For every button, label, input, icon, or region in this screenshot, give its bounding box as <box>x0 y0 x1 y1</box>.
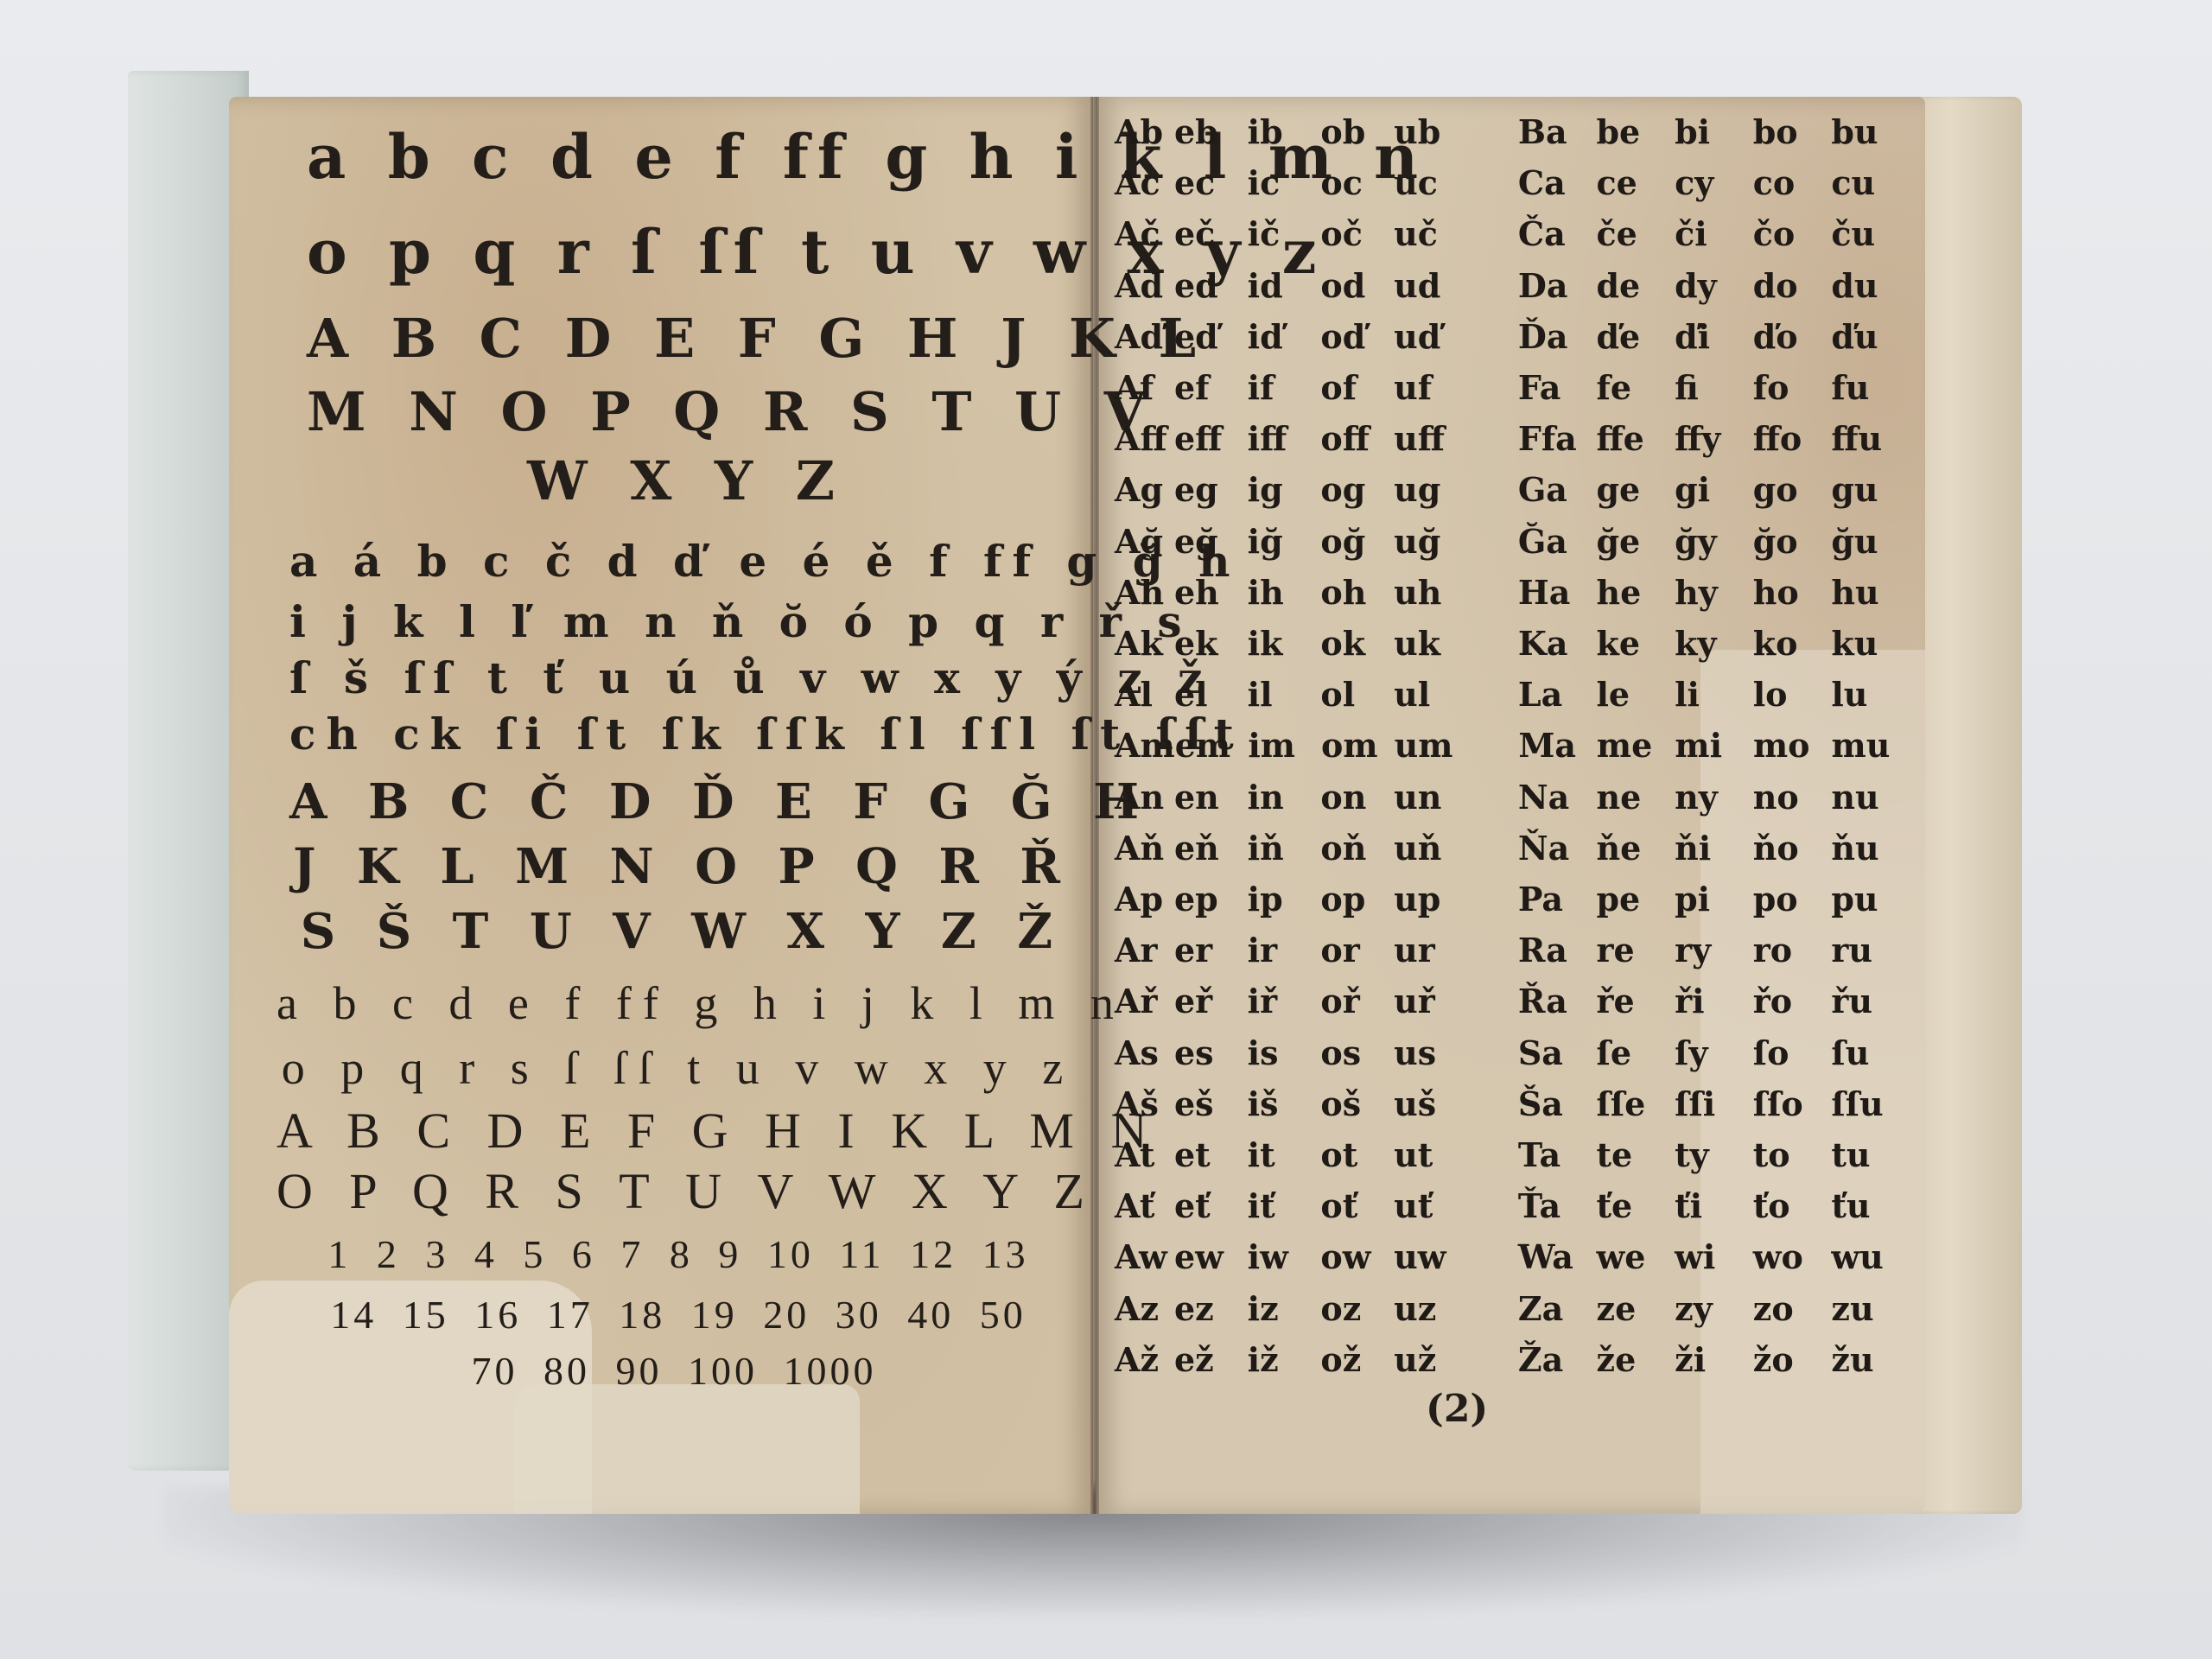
syllable-row: AneninonunNanenynonu <box>1115 778 1910 824</box>
syllable-left: ec <box>1174 163 1248 210</box>
syllable-left: ig <box>1248 470 1321 517</box>
syllable-right: te <box>1596 1135 1675 1182</box>
syllable-left: uw <box>1394 1237 1467 1284</box>
syllable-left: uš <box>1394 1084 1467 1131</box>
syllable-right: ky <box>1675 624 1753 671</box>
syllable-left: Ať <box>1115 1186 1174 1233</box>
accented-lowercase-line-2: i j k l ľ m n ň ŏ ó p q r ř s <box>289 596 1076 647</box>
syllable-right: no <box>1753 778 1832 824</box>
syllable-left: il <box>1248 675 1321 721</box>
syllable-left: uf <box>1394 368 1467 415</box>
syllable-left: el <box>1174 675 1248 721</box>
syllable-left: ob <box>1320 112 1394 159</box>
syllable-left: uk <box>1394 624 1467 671</box>
numerals-line-3: 70 80 90 100 1000 <box>363 1348 985 1394</box>
column-gap <box>1467 1289 1518 1336</box>
syllable-right: de <box>1596 266 1675 313</box>
syllable-right: li <box>1675 675 1753 721</box>
syllable-row: AďeďiďoďuďĎaďeďiďoďu <box>1115 317 1910 364</box>
syllable-row: AffeffiffoffuffFfaffeffyffoffu <box>1115 419 1910 466</box>
syllable-left: ul <box>1394 675 1467 721</box>
syllable-left: Aď <box>1115 317 1174 364</box>
syllable-left: Ak <box>1115 624 1174 671</box>
syllable-right: Ra <box>1518 931 1597 977</box>
syllable-left: Ač <box>1115 214 1174 261</box>
syllable-right: bi <box>1675 112 1753 159</box>
syllable-right: hu <box>1831 573 1910 620</box>
syllable-right: ffe <box>1596 419 1675 466</box>
syllable-left: Al <box>1115 675 1174 721</box>
syllable-left: um <box>1395 726 1468 772</box>
syllable-right: ſy <box>1675 1033 1753 1080</box>
syllable-right: Na <box>1518 778 1597 824</box>
fraktur-lowercase-line-1: a b c d e f ff g h i k l m n <box>307 121 1067 193</box>
syllable-right: ſſe <box>1596 1084 1675 1131</box>
syllable-left: Aš <box>1115 1084 1174 1131</box>
column-gap <box>1467 1084 1518 1131</box>
syllable-row: AčečičočučČačečičoču <box>1115 214 1910 261</box>
syllable-left: up <box>1394 880 1467 926</box>
column-gap <box>1467 266 1518 313</box>
syllable-left: Am <box>1115 726 1175 772</box>
syllable-right: le <box>1596 675 1675 721</box>
syllable-left: oz <box>1320 1289 1394 1336</box>
syllable-left: ok <box>1320 624 1394 671</box>
syllable-right: pi <box>1675 880 1753 926</box>
syllable-left: Ac <box>1115 163 1174 210</box>
syllable-right: ſe <box>1596 1033 1675 1080</box>
syllable-right: zy <box>1675 1289 1753 1336</box>
syllable-right: mu <box>1832 726 1910 772</box>
syllable-right: he <box>1596 573 1675 620</box>
column-gap <box>1467 1033 1518 1080</box>
syllable-right: Ža <box>1518 1340 1597 1387</box>
syllable-right: ce <box>1596 163 1675 210</box>
syllable-left: Ah <box>1115 573 1174 620</box>
syllable-left: id <box>1248 266 1321 313</box>
syllable-left: As <box>1115 1033 1174 1080</box>
roman-uppercase-line-2: O P Q R S T U V W X Y Z <box>276 1162 1080 1220</box>
syllable-left: en <box>1174 778 1248 824</box>
roman-lowercase-line-1: a b c d e f ff g h i j k l m n <box>276 976 1080 1030</box>
syllable-left: uz <box>1394 1289 1467 1336</box>
syllable-left: us <box>1394 1033 1467 1080</box>
syllable-left: Az <box>1115 1289 1174 1336</box>
syllable-left: ip <box>1248 880 1321 926</box>
syllable-left: eď <box>1174 317 1248 364</box>
syllable-right: ſſo <box>1753 1084 1832 1131</box>
syllable-right: fu <box>1831 368 1910 415</box>
syllable-right: Wa <box>1518 1237 1597 1284</box>
syllable-right: ğy <box>1675 522 1753 569</box>
syllable-right: ře <box>1596 982 1675 1028</box>
syllable-right: tu <box>1831 1135 1910 1182</box>
syllable-left: es <box>1174 1033 1248 1080</box>
syllable-right: Ca <box>1518 163 1597 210</box>
accented-lowercase-line-1: a á b c č d ď e é ě f ff g ğ h <box>289 536 1076 587</box>
syllable-left: oť <box>1320 1186 1394 1233</box>
syllable-row: AžežižožužŽažežižožu <box>1115 1340 1910 1387</box>
syllable-right: čo <box>1753 214 1832 261</box>
syllable-row: AtetitotutTatetytotu <box>1115 1135 1910 1182</box>
syllable-left: Ab <box>1115 112 1174 159</box>
syllable-left: is <box>1248 1033 1321 1080</box>
syllable-left: iž <box>1248 1340 1321 1387</box>
fraktur-uppercase-line-2: M N O P Q R S T U V <box>307 380 1067 443</box>
syllable-right: Fa <box>1518 368 1597 415</box>
syllable-right: pu <box>1831 880 1910 926</box>
syllable-right: ğu <box>1831 522 1910 569</box>
roman-lowercase-line-2: o p q r s ſ ſſ t u v w x y z <box>276 1041 1080 1095</box>
syllable-left: Až <box>1115 1340 1174 1387</box>
syllable-right: we <box>1596 1237 1675 1284</box>
ligatures-line: ch ck ſi ſt ſk ſſk ſl ſſl ſt ſſt <box>289 709 1076 760</box>
syllable-left: oc <box>1320 163 1394 210</box>
fraktur-lowercase-line-2: o p q r ſ ſſ t u v w x y z <box>307 216 1067 288</box>
syllable-right: Pa <box>1518 880 1597 926</box>
syllable-right: mo <box>1753 726 1832 772</box>
syllable-left: Ar <box>1115 931 1174 977</box>
syllable-left: ud <box>1394 266 1467 313</box>
syllable-left: ir <box>1248 931 1321 977</box>
syllable-left: ug <box>1394 470 1467 517</box>
syllable-left: ep <box>1174 880 1248 926</box>
syllable-left: ow <box>1320 1237 1394 1284</box>
syllable-left: uť <box>1394 1186 1467 1233</box>
syllable-left: eř <box>1174 982 1248 1028</box>
syllable-right: ze <box>1596 1289 1675 1336</box>
syllable-right: ro <box>1753 931 1832 977</box>
syllable-left: uc <box>1394 163 1467 210</box>
syllable-left: uř <box>1394 982 1467 1028</box>
syllable-right: gu <box>1831 470 1910 517</box>
syllable-left: uď <box>1394 317 1467 364</box>
syllable-left: ut <box>1394 1135 1467 1182</box>
syllable-right: ge <box>1596 470 1675 517</box>
syllable-right: ry <box>1675 931 1753 977</box>
syllable-left: if <box>1248 368 1321 415</box>
syllable-left: iw <box>1248 1237 1321 1284</box>
syllable-right: bo <box>1753 112 1832 159</box>
syllable-row: AťeťiťoťuťŤaťeťiťoťu <box>1115 1186 1910 1233</box>
syllable-right: ňi <box>1675 829 1753 875</box>
syllable-right: ffo <box>1753 419 1832 466</box>
syllable-left: At <box>1115 1135 1174 1182</box>
numerals-line-1: 1 2 3 4 5 6 7 8 9 10 11 12 13 <box>276 1231 1080 1277</box>
syllable-left: ib <box>1248 112 1321 159</box>
syllable-left: oň <box>1320 829 1394 875</box>
syllable-row: AwewiwowuwWawewiwowu <box>1115 1237 1910 1284</box>
column-gap <box>1467 522 1518 569</box>
syllable-right: ďe <box>1596 317 1675 364</box>
syllable-right: Ba <box>1518 112 1597 159</box>
syllable-right: po <box>1753 880 1832 926</box>
syllable-right: žu <box>1831 1340 1910 1387</box>
syllable-right: cy <box>1675 163 1753 210</box>
syllable-right: ffu <box>1831 419 1910 466</box>
syllable-right: fe <box>1596 368 1675 415</box>
syllable-left: ed <box>1174 266 1248 313</box>
column-gap <box>1467 1237 1518 1284</box>
syllable-right: do <box>1753 266 1832 313</box>
syllable-right: du <box>1831 266 1910 313</box>
syllable-row: AgegigogugGagegigogu <box>1115 470 1910 517</box>
syllable-left: ic <box>1248 163 1321 210</box>
syllable-left: it <box>1248 1135 1321 1182</box>
column-gap <box>1467 931 1518 977</box>
roman-uppercase-line-1: A B C D E F G H I K L M N <box>276 1102 1080 1160</box>
column-gap <box>1467 573 1518 620</box>
syllable-left: ew <box>1174 1237 1248 1284</box>
syllable-left: eť <box>1174 1186 1248 1233</box>
column-gap <box>1467 163 1518 210</box>
syllable-left: om <box>1321 726 1395 772</box>
syllable-row: AsesisosusSaſeſyſoſu <box>1115 1033 1910 1080</box>
syllable-right: Ğa <box>1518 522 1597 569</box>
syllable-right: Ďa <box>1518 317 1597 364</box>
syllable-left: iř <box>1248 982 1321 1028</box>
syllable-row: AňeňiňoňuňŇaňeňiňoňu <box>1115 829 1910 875</box>
syllable-right: že <box>1596 1340 1675 1387</box>
syllable-right: Ma <box>1518 726 1597 772</box>
syllable-row: AzezizozuzZazezyzozu <box>1115 1289 1910 1336</box>
syllable-right: ku <box>1831 624 1910 671</box>
syllable-right: ňe <box>1596 829 1675 875</box>
paper-stain <box>514 1384 860 1514</box>
syllable-right: Ka <box>1518 624 1597 671</box>
column-gap <box>1467 1186 1518 1233</box>
column-gap <box>1467 829 1518 875</box>
syllable-right: Řa <box>1518 982 1597 1028</box>
syllable-right: ři <box>1675 982 1753 1028</box>
syllable-left: iğ <box>1248 522 1321 569</box>
syllable-row: ArerirorurRareryroru <box>1115 931 1910 977</box>
syllable-row: ApepipopupPapepipopu <box>1115 880 1910 926</box>
accented-lowercase-line-3: ſ š ſſ t ť u ú ů v w x y ý z ž <box>289 652 1076 703</box>
syllable-row: AšešišošušŠaſſeſſiſſoſſu <box>1115 1084 1910 1131</box>
syllable-right: ňo <box>1753 829 1832 875</box>
column-gap <box>1467 1340 1518 1387</box>
syllable-right: ďu <box>1831 317 1910 364</box>
syllable-right: cu <box>1831 163 1910 210</box>
syllable-right: re <box>1596 931 1675 977</box>
syllable-right: Ga <box>1518 470 1597 517</box>
syllable-right: go <box>1753 470 1832 517</box>
syllable-row: AmemimomumMamemimomu <box>1115 726 1910 772</box>
syllable-row: AlelilolulLalelilolu <box>1115 675 1910 721</box>
syllable-left: uč <box>1394 214 1467 261</box>
syllable-right: Sa <box>1518 1033 1597 1080</box>
syllable-right: zu <box>1831 1289 1910 1336</box>
syllable-right: fo <box>1753 368 1832 415</box>
syllable-right: Da <box>1518 266 1597 313</box>
syllable-right: wu <box>1831 1237 1910 1284</box>
syllable-left: eč <box>1174 214 1248 261</box>
syllable-left: og <box>1320 470 1394 517</box>
syllable-right: nu <box>1831 778 1910 824</box>
syllable-row: AcecicocucCacecycocu <box>1115 163 1910 210</box>
column-gap <box>1467 470 1518 517</box>
syllable-left: iff <box>1248 419 1321 466</box>
syllable-left: eğ <box>1174 522 1248 569</box>
syllable-left: ič <box>1248 214 1321 261</box>
syllable-left: Ap <box>1115 880 1174 926</box>
syllable-left: em <box>1175 726 1249 772</box>
syllable-left: oď <box>1320 317 1394 364</box>
syllable-left: Ağ <box>1115 522 1174 569</box>
syllable-left: eff <box>1174 419 1248 466</box>
syllable-left: Ař <box>1115 982 1174 1028</box>
syllable-left: ol <box>1320 675 1394 721</box>
syllable-left: op <box>1320 880 1394 926</box>
syllable-right: ğo <box>1753 522 1832 569</box>
syllable-right: be <box>1596 112 1675 159</box>
syllable-right: Ňa <box>1518 829 1597 875</box>
syllable-right: řu <box>1831 982 1910 1028</box>
syllable-right: co <box>1753 163 1832 210</box>
column-gap <box>1467 726 1518 772</box>
syllable-right: žo <box>1753 1340 1832 1387</box>
accented-uppercase-line-1: A B C Č D Ď E F G Ğ H <box>289 773 1076 830</box>
syllable-right: bu <box>1831 112 1910 159</box>
column-gap <box>1467 317 1518 364</box>
syllable-right: dy <box>1675 266 1753 313</box>
syllable-left: oč <box>1320 214 1394 261</box>
syllable-left: ef <box>1174 368 1248 415</box>
syllable-left: er <box>1174 931 1248 977</box>
syllable-right: ſſu <box>1831 1084 1910 1131</box>
column-gap <box>1467 112 1518 159</box>
syllable-left: uň <box>1394 829 1467 875</box>
syllable-right: La <box>1518 675 1597 721</box>
syllable-right: ne <box>1596 778 1675 824</box>
syllable-right: Ša <box>1518 1084 1597 1131</box>
syllable-right: hy <box>1675 573 1753 620</box>
syllable-right: ny <box>1675 778 1753 824</box>
syllable-left: ož <box>1320 1340 1394 1387</box>
syllable-left: eh <box>1174 573 1248 620</box>
fraktur-uppercase-line-1: A B C D E F G H J K L <box>307 307 1067 370</box>
syllable-row: AkekikokukKakekykoku <box>1115 624 1910 671</box>
syllable-right: ſſi <box>1675 1084 1753 1131</box>
syllable-right: Ča <box>1518 214 1597 261</box>
syllable-row: AfefifofufFafefifofu <box>1115 368 1910 415</box>
syllable-row: AğeğiğoğuğĞağeğyğoğu <box>1115 522 1910 569</box>
syllable-right: ru <box>1831 931 1910 977</box>
syllable-right: lu <box>1831 675 1910 721</box>
syllable-left: Aň <box>1115 829 1174 875</box>
syllable-left: or <box>1320 931 1394 977</box>
column-gap <box>1467 1135 1518 1182</box>
syllable-right: ťe <box>1596 1186 1675 1233</box>
syllable-right: ty <box>1675 1135 1753 1182</box>
syllable-left: An <box>1115 778 1174 824</box>
syllable-left: ez <box>1174 1289 1248 1336</box>
syllable-row: AdedidodudDadedydodu <box>1115 266 1910 313</box>
syllable-right: me <box>1597 726 1675 772</box>
syllable-left: on <box>1320 778 1394 824</box>
syllable-right: zo <box>1753 1289 1832 1336</box>
syllable-left: oğ <box>1320 522 1394 569</box>
syllable-left: uff <box>1394 419 1467 466</box>
syllable-right: ňu <box>1831 829 1910 875</box>
syllable-left: oř <box>1320 982 1394 1028</box>
syllable-right: gi <box>1675 470 1753 517</box>
syllable-right: ke <box>1596 624 1675 671</box>
syllable-right: Ta <box>1518 1135 1597 1182</box>
column-gap <box>1467 778 1518 824</box>
syllable-left: Ad <box>1115 266 1174 313</box>
syllable-left: oh <box>1320 573 1394 620</box>
syllable-left: in <box>1248 778 1321 824</box>
syllable-left: eš <box>1174 1084 1248 1131</box>
column-gap <box>1467 368 1518 415</box>
syllable-right: ču <box>1831 214 1910 261</box>
syllable-right: ži <box>1675 1340 1753 1387</box>
syllable-left: ik <box>1248 624 1321 671</box>
syllable-left: uğ <box>1394 522 1467 569</box>
syllable-left: od <box>1320 266 1394 313</box>
syllable-left: iš <box>1248 1084 1321 1131</box>
syllable-right: Ťa <box>1518 1186 1597 1233</box>
column-gap <box>1467 675 1518 721</box>
syllable-left: uh <box>1394 573 1467 620</box>
syllable-left: un <box>1394 778 1467 824</box>
column-gap <box>1467 624 1518 671</box>
syllable-left: eň <box>1174 829 1248 875</box>
syllable-right: Ffa <box>1518 419 1597 466</box>
syllable-left: ur <box>1394 931 1467 977</box>
syllable-right: či <box>1675 214 1753 261</box>
syllable-right: lo <box>1753 675 1832 721</box>
syllable-left: Af <box>1115 368 1174 415</box>
numerals-line-2: 14 15 16 17 18 19 20 30 40 50 <box>276 1292 1080 1338</box>
syllable-left: iť <box>1248 1186 1321 1233</box>
syllable-right: ťu <box>1831 1186 1910 1233</box>
syllable-right: pe <box>1596 880 1675 926</box>
syllable-left: os <box>1320 1033 1394 1080</box>
syllable-left: eb <box>1174 112 1248 159</box>
column-gap <box>1467 214 1518 261</box>
page-number: (2) <box>1426 1387 1488 1431</box>
syllable-left: iň <box>1248 829 1321 875</box>
syllable-left: eg <box>1174 470 1248 517</box>
syllable-right: ho <box>1753 573 1832 620</box>
syllable-left: of <box>1320 368 1394 415</box>
syllable-right: ko <box>1753 624 1832 671</box>
syllable-left: ub <box>1394 112 1467 159</box>
syllable-left: Ag <box>1115 470 1174 517</box>
fraktur-uppercase-line-3: W X Y Z <box>307 449 1067 512</box>
column-gap <box>1467 880 1518 926</box>
syllable-left: ek <box>1174 624 1248 671</box>
syllable-left: Aff <box>1115 419 1174 466</box>
syllable-left: ež <box>1174 1340 1248 1387</box>
syllable-right: če <box>1596 214 1675 261</box>
syllable-left: iz <box>1248 1289 1321 1336</box>
syllable-right: ğe <box>1596 522 1675 569</box>
syllable-left: iď <box>1248 317 1321 364</box>
syllable-right: wo <box>1753 1237 1832 1284</box>
syllable-row: AřeřiřořuřŘařeřiřořu <box>1115 982 1910 1028</box>
syllable-right: Ha <box>1518 573 1597 620</box>
syllable-right: ſo <box>1753 1033 1832 1080</box>
syllable-left: oš <box>1320 1084 1394 1131</box>
accented-uppercase-line-2: J K L M N O P Q R Ř <box>289 838 1076 895</box>
syllable-right: fi <box>1675 368 1753 415</box>
syllable-row: AbebibobubBabebibobu <box>1115 112 1910 159</box>
syllable-left: off <box>1320 419 1394 466</box>
